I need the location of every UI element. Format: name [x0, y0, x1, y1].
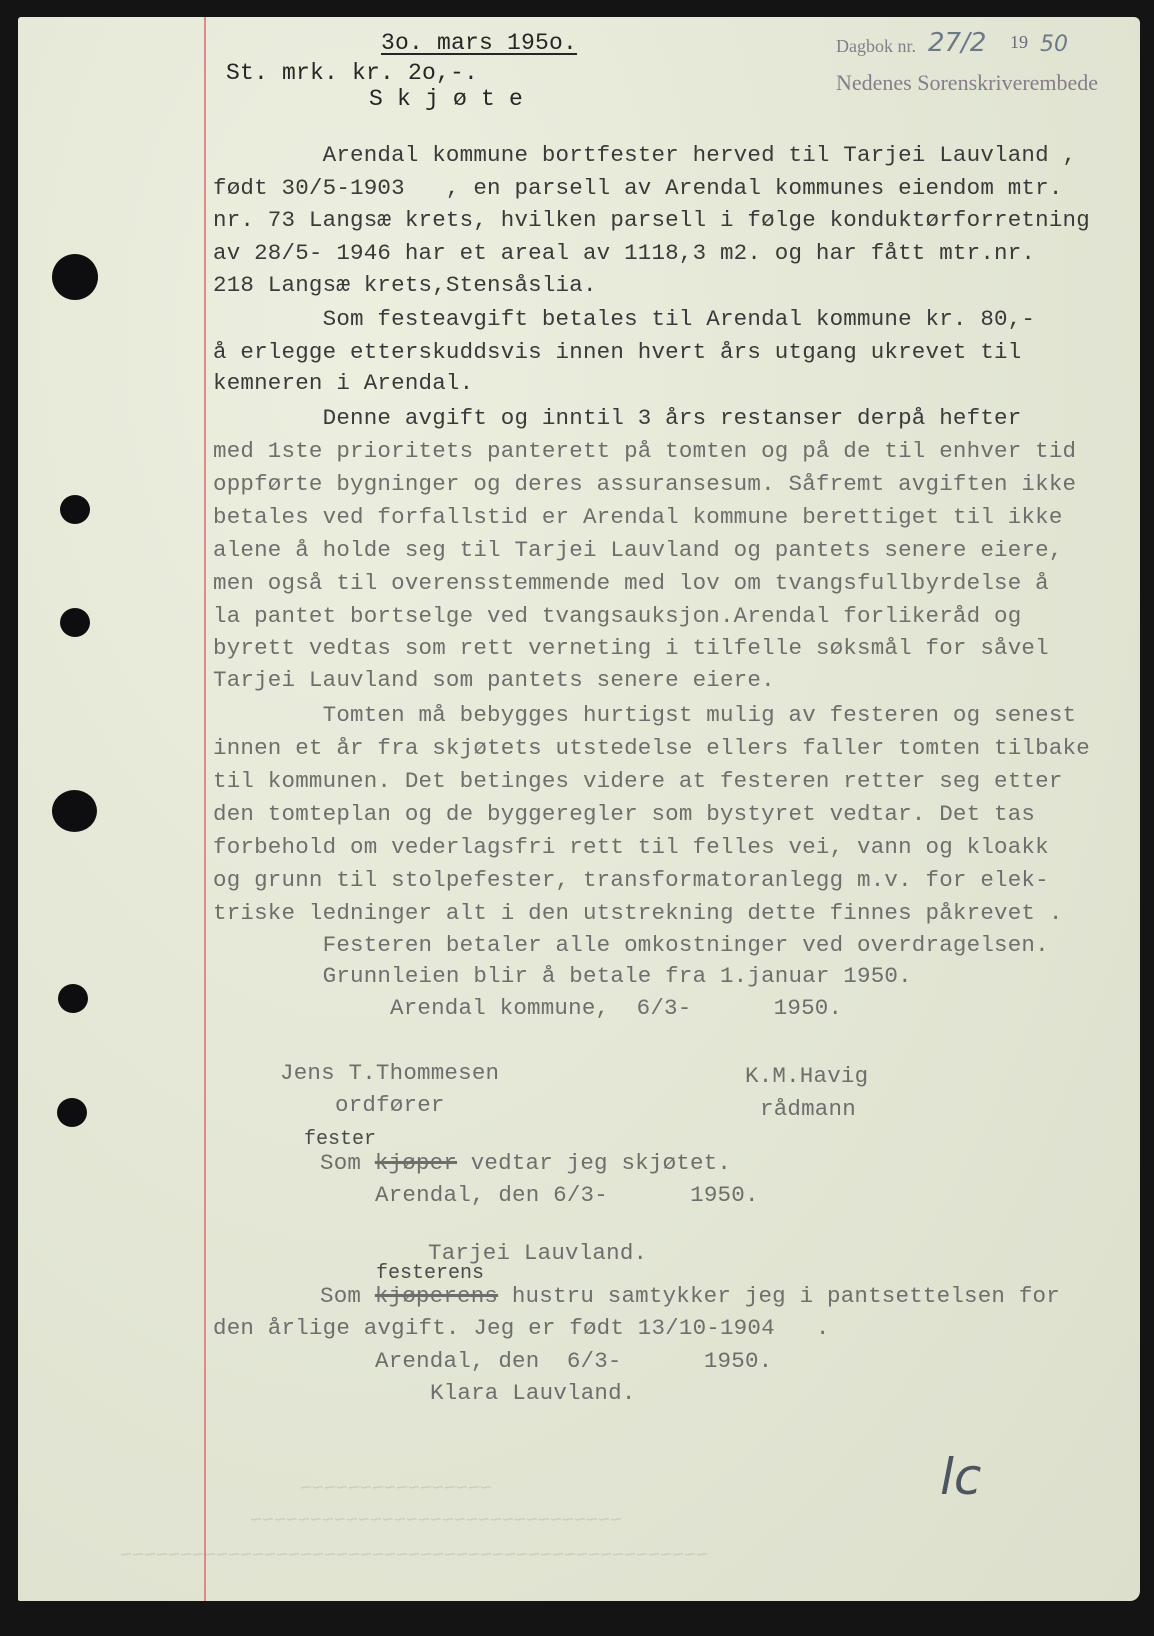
body-line: til kommunen. Det betinges videre at fes… [213, 768, 1063, 794]
body-line: med 1ste prioritets panterett på tomten … [213, 438, 1076, 464]
body-line: nr. 73 Langsæ krets, hvilken parsell i f… [213, 207, 1090, 233]
struck-word: kjøper [375, 1150, 457, 1176]
punch-hole-icon [60, 495, 90, 524]
body-line: Festeren betaler alle omkostninger ved o… [213, 932, 1049, 958]
body-line: alene å holde seg til Tarjei Lauvland og… [213, 537, 1063, 563]
stamp-year-prefix: 19 [1010, 32, 1028, 53]
punch-hole-icon [60, 608, 90, 637]
stamp-duty: St. mrk. kr. 2o,-. [226, 60, 478, 86]
body-line: Arendal kommune bortfester herved til Ta… [213, 142, 1076, 168]
body-line: født 30/5-1903 , en parsell av Arendal k… [213, 175, 1063, 201]
document-title: S k j ø t e [369, 86, 523, 112]
mayor-title: ordfører [335, 1092, 445, 1118]
body-line: Tarjei Lauvland som pantets senere eiere… [213, 667, 775, 693]
consent-line-2: den årlige avgift. Jeg er født 13/10-190… [213, 1315, 830, 1341]
punch-hole-icon [58, 984, 88, 1013]
punch-hole-icon [52, 254, 98, 300]
consent-rest: hustru samtykker jeg i pantsettelsen for [498, 1283, 1060, 1309]
body-line: Denne avgift og inntil 3 års restanser d… [213, 405, 1021, 431]
inserted-word: fester [304, 1128, 376, 1151]
issue-place-date: Arendal kommune, 6/3- 1950. [390, 995, 842, 1021]
body-line: og grunn til stolpefester, transformator… [213, 867, 1049, 893]
consent-place-date: Arendal, den 6/3- 1950. [375, 1348, 772, 1374]
body-line: den tomteplan og de byggeregler som byst… [213, 801, 1035, 827]
punch-hole-icon [52, 790, 97, 832]
body-line: Grunnleien blir å betale fra 1.januar 19… [213, 963, 912, 989]
chief-officer-name: K.M.Havig [745, 1063, 868, 1089]
consent-prefix: Som [320, 1283, 375, 1309]
spouse-signature: Klara Lauvland. [430, 1380, 636, 1406]
mayor-name: Jens T.Thommesen [280, 1060, 499, 1086]
body-line: 218 Langsæ krets,Stensåslia. [213, 272, 597, 298]
punch-hole-icon [57, 1098, 87, 1127]
body-line: forbehold om vederlagsfri rett til felle… [213, 834, 1049, 860]
handwritten-initials: lc [940, 1448, 981, 1506]
body-line: oppførte bygninger og deres assuransesum… [213, 471, 1076, 497]
acceptance-prefix: Som [320, 1150, 375, 1176]
consent-line: Som kjøperens hustru samtykker jeg i pan… [320, 1283, 1060, 1309]
body-line: triske ledninger alt i den utstrekning d… [213, 900, 1063, 926]
chief-officer-title: rådmann [760, 1096, 856, 1122]
body-line: men også til overensstemmende med lov om… [213, 570, 1049, 596]
journal-number: 27/2 [928, 28, 986, 58]
document-date: 3o. mars 195o. [381, 30, 577, 56]
body-line: kemneren i Arendal. [213, 370, 473, 396]
margin-rule [204, 17, 206, 1601]
body-line: å erlegge etterskuddsvis innen hvert års… [213, 339, 1021, 365]
bleed-through-text: ~~~~~~~~~~~~~~~~ [300, 1478, 492, 1501]
body-line: byrett vedtas som rett verneting i tilfe… [213, 635, 1049, 661]
stamp-label: Dagbok nr. [836, 36, 916, 57]
acceptance-place-date: Arendal, den 6/3- 1950. [375, 1182, 759, 1208]
struck-word: kjøperens [375, 1283, 498, 1309]
body-line: av 28/5- 1946 har et areal av 1118,3 m2.… [213, 240, 1035, 266]
bleed-through-text: ~~~~~~~~~~~~~~~~~~~~~~~~~~~~~~~~~~~~~~~~… [120, 1545, 708, 1568]
stamp-year: 50 [1040, 32, 1068, 57]
acceptance-line: Som kjøper vedtar jeg skjøtet. [320, 1150, 731, 1176]
body-line: la pantet bortselge ved tvangsauksjon.Ar… [213, 603, 1021, 629]
body-line: innen et år fra skjøtets utstedelse elle… [213, 735, 1090, 761]
body-line: betales ved forfallstid er Arendal kommu… [213, 504, 1063, 530]
stamp-office: Nedenes Sorenskriverembede [836, 70, 1098, 96]
body-line: Som festeavgift betales til Arendal komm… [213, 306, 1035, 332]
body-line: Tomten må bebygges hurtigst mulig av fes… [213, 702, 1076, 728]
inserted-word: festerens [376, 1262, 484, 1285]
acceptance-rest: vedtar jeg skjøtet. [457, 1150, 731, 1176]
bleed-through-text: ~~~~~~~~~~~~~~~~~~~~~~~~~~~~~~~ [250, 1510, 622, 1533]
